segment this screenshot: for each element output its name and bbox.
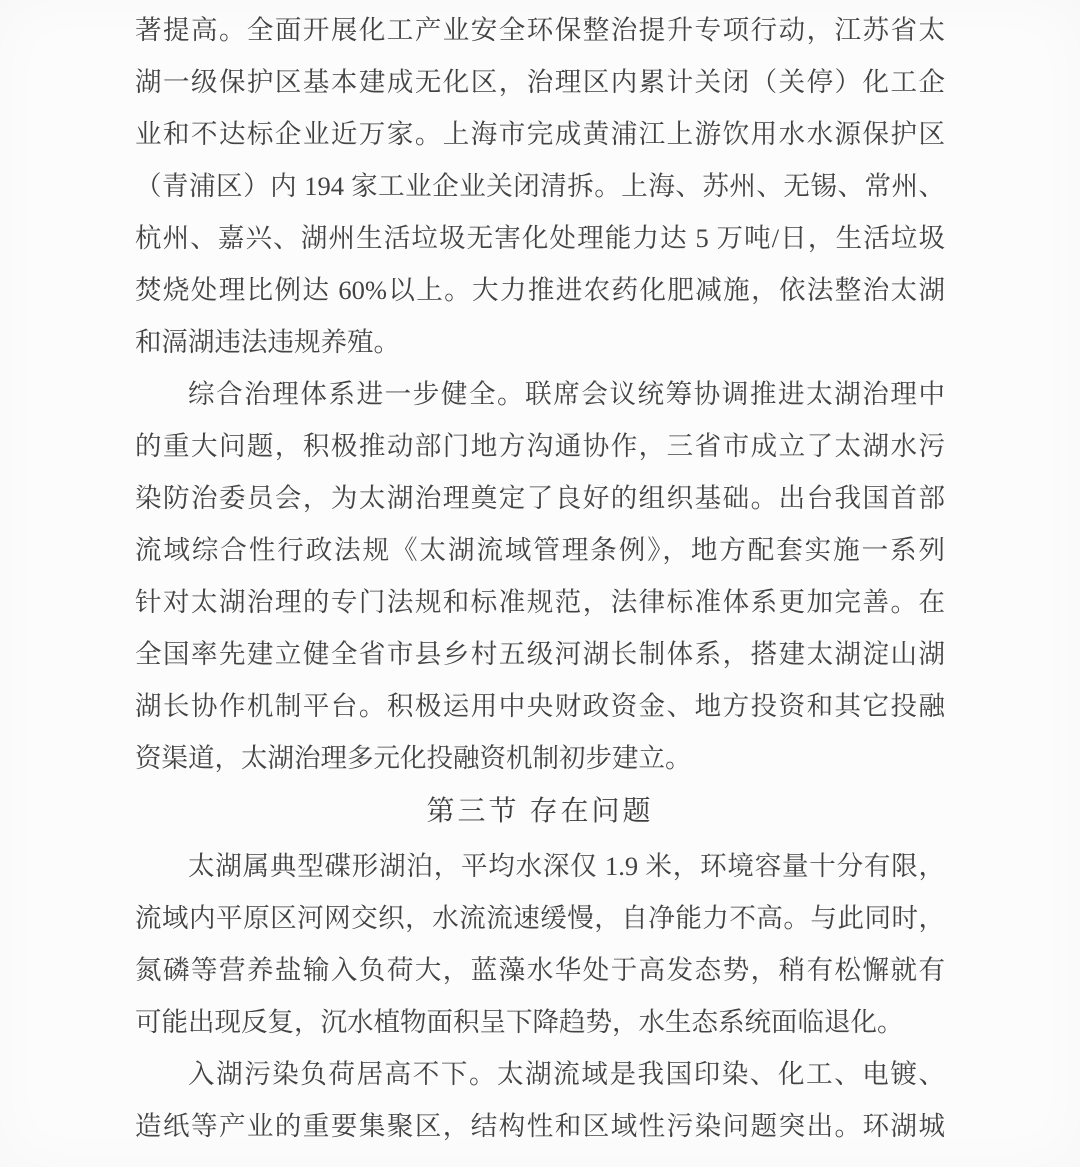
text-line: 染防治委员会，为太湖治理奠定了良好的组织基础。出台我国首部 [135, 472, 945, 524]
document-page: 著提高。全面开展化工产业安全环保整治提升专项行动，江苏省太 湖一级保护区基本建成… [0, 0, 1080, 1167]
text-line: 著提高。全面开展化工产业安全环保整治提升专项行动，江苏省太 [135, 4, 945, 56]
text-line: 杭州、嘉兴、湖州生活垃圾无害化处理能力达 5 万吨/日，生活垃圾 [135, 212, 945, 264]
text-line: 的重大问题，积极推动部门地方沟通协作，三省市成立了太湖水污 [135, 420, 945, 472]
text-line: 资渠道，太湖治理多元化投融资机制初步建立。 [135, 732, 945, 784]
text-line: 氮磷等营养盐输入负荷大，蓝藻水华处于高发态势，稍有松懈就有 [135, 944, 945, 996]
text-line: 湖一级保护区基本建成无化区，治理区内累计关闭（关停）化工企 [135, 56, 945, 108]
text-line: 可能出现反复，沉水植物面积呈下降趋势，水生态系统面临退化。 [135, 996, 945, 1048]
text-line: 焚烧处理比例达 60%以上。大力推进农药化肥减施，依法整治太湖 [135, 264, 945, 316]
text-line: 入湖污染负荷居高不下。太湖流域是我国印染、化工、电镀、 [135, 1048, 945, 1100]
document-text-block: 著提高。全面开展化工产业安全环保整治提升专项行动，江苏省太 湖一级保护区基本建成… [135, 4, 945, 1152]
text-line: 针对太湖治理的专门法规和标准规范，法律标准体系更加完善。在 [135, 576, 945, 628]
text-line: 综合治理体系进一步健全。联席会议统筹协调推进太湖治理中 [135, 368, 945, 420]
text-line: （青浦区）内 194 家工业企业关闭清拆。上海、苏州、无锡、常州、 [135, 160, 945, 212]
text-line: 流域内平原区河网交织，水流流速缓慢，自净能力不高。与此同时， [135, 892, 945, 944]
text-line: 全国率先建立健全省市县乡村五级河湖长制体系，搭建太湖淀山湖 [135, 628, 945, 680]
text-line: 太湖属典型碟形湖泊，平均水深仅 1.9 米，环境容量十分有限， [135, 840, 945, 892]
text-line: 业和不达标企业近万家。上海市完成黄浦江上游饮用水水源保护区 [135, 108, 945, 160]
section-heading: 第三节 存在问题 [135, 784, 945, 840]
text-line: 和滆湖违法违规养殖。 [135, 316, 945, 368]
text-line: 湖长协作机制平台。积极运用中央财政资金、地方投资和其它投融 [135, 680, 945, 732]
text-line: 造纸等产业的重要集聚区，结构性和区域性污染问题突出。环湖城 [135, 1100, 945, 1152]
text-line: 流域综合性行政法规《太湖流域管理条例》，地方配套实施一系列 [135, 524, 945, 576]
